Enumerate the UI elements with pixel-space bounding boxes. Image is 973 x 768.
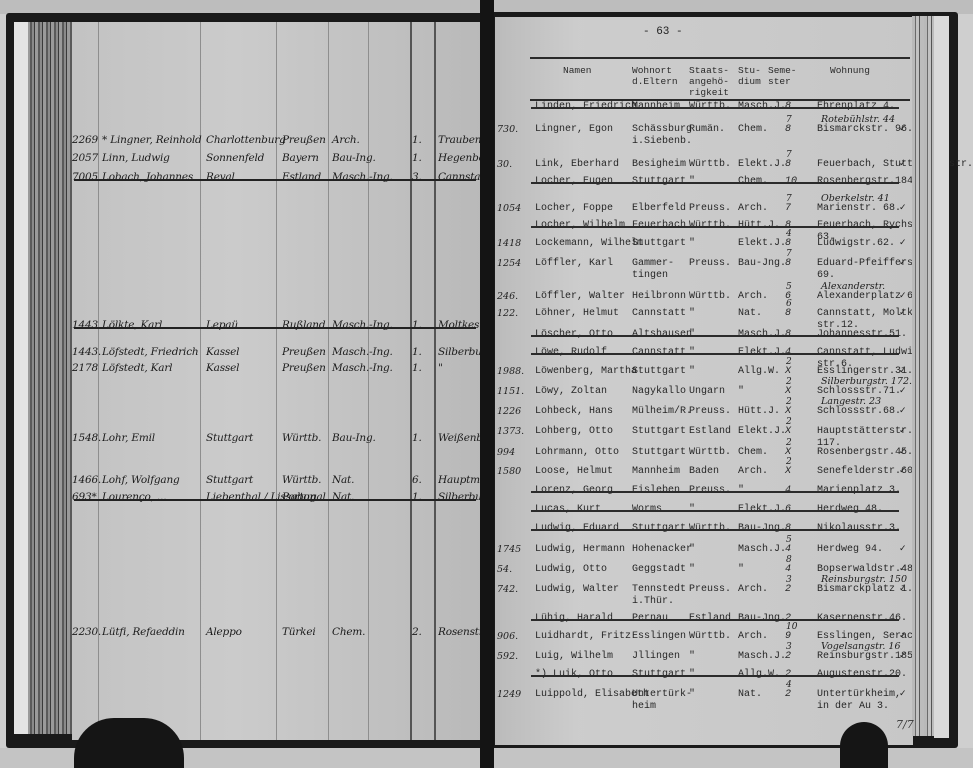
entry-address: Hegenbergstr. 119	[438, 152, 480, 164]
entry-sem: X	[785, 466, 791, 478]
entry-name: Lohbeck, Hans	[535, 406, 613, 418]
entry-no: 1548.	[72, 432, 101, 444]
entry-name: Lingner, Egon	[535, 124, 613, 136]
entry-origin: Untertürk- heim	[632, 689, 692, 713]
entry-state: "	[689, 329, 695, 341]
entry-semester-handwritten: 7	[786, 249, 792, 259]
register-entry-row: 1466.Lohf, WolfgangStuttgartWürttb.Nat.6…	[72, 474, 480, 490]
check-mark-icon: ✓	[899, 447, 907, 457]
entry-registration-number: 994	[497, 447, 515, 458]
entry-address: Ludwigstr.62.	[817, 238, 895, 250]
entry-origin: Feuerbach	[632, 220, 686, 232]
entry-origin: Kassel	[206, 346, 239, 358]
entry-field: Arch.	[738, 584, 768, 596]
entry-field: Chem.	[738, 447, 768, 459]
entry-semester-handwritten: 2	[786, 377, 792, 387]
check-mark-icon: ✓	[899, 631, 907, 641]
entry-semester-handwritten: 7	[786, 115, 792, 125]
entry-field: Chem.	[738, 176, 768, 188]
entry-name: Löfstedt, Karl	[102, 362, 172, 374]
entry-semester-handwritten: 5	[786, 282, 792, 292]
entry-no: 693*	[72, 491, 97, 503]
page-block-edge-left-blank	[14, 22, 28, 734]
entry-field: Bau-Jng.	[738, 523, 786, 535]
entry-origin: Gammer- tingen	[632, 258, 674, 282]
register-entry-row: 1548.Lohr, EmilStuttgartWürttb.Bau-Ing.1…	[72, 432, 480, 448]
register-entry-row: Lorenz, GeorgEislebenPreuss."4Marienplat…	[495, 485, 913, 499]
entry-state: "	[689, 504, 695, 516]
entry-semester-handwritten: 2	[786, 438, 792, 448]
register-entry-row: 742.Ludwig, WalterTennstedt i.Thür.Preus…	[495, 584, 913, 598]
register-entry-row: 2230.Lütfi, RefaeddinAleppoTürkeiChem.2.…	[72, 626, 480, 642]
register-entry-row: 1254Löffler, KarlGammer- tingenPreuss.Ba…	[495, 258, 913, 272]
entry-field: Hütt.J.	[738, 406, 780, 418]
entry-semester-handwritten: 2	[786, 357, 792, 367]
entry-semester-handwritten: 4	[786, 229, 792, 239]
entry-state: Württb.	[689, 220, 731, 232]
entry-field: Nat.	[738, 689, 762, 701]
register-entry-row: 994Lohrmann, OttoStuttgartWürttb.Chem.X2…	[495, 447, 913, 461]
entry-name: Locher, Foppe	[535, 203, 613, 215]
entry-registration-number: 742.	[497, 584, 518, 595]
entry-field: "	[738, 564, 744, 576]
entry-name: Locher, Wilhelm	[535, 220, 625, 232]
entry-state: "	[689, 564, 695, 576]
entry-sem: 8	[785, 523, 791, 535]
entry-state: Rußland	[282, 319, 325, 331]
entry-no: 1466.	[72, 474, 101, 486]
check-mark-icon: ✓	[899, 238, 907, 248]
entry-semester-handwritten: 2	[786, 417, 792, 427]
entry-name: Lourenço, ...	[102, 491, 166, 503]
entry-semester-handwritten: 5	[786, 535, 792, 545]
register-entry-row: 1373.Lohberg, OttoStuttgartEstlandElekt.…	[495, 426, 913, 440]
check-mark-icon: ✓	[899, 584, 907, 594]
entry-state: Preuss.	[689, 258, 731, 270]
entry-address: Hauptmannsreute 55	[438, 474, 480, 486]
entry-state: Württb.	[689, 523, 731, 535]
check-mark-icon: ✓	[899, 291, 907, 301]
column-header-parents-residence: Wohnort d.Eltern	[632, 65, 678, 87]
entry-name: *) Luik, Otto	[535, 669, 613, 681]
entry-field: Masch.J.	[738, 329, 786, 341]
entry-address: Schlossstr.68.	[817, 406, 901, 418]
entry-registration-number: 1254	[497, 258, 521, 269]
entry-state: Estland	[282, 171, 321, 183]
entry-registration-number: 906.	[497, 631, 518, 642]
entry-field: Elekt.J.	[738, 426, 786, 438]
entry-no: 2178	[72, 362, 98, 374]
page-block-edge-right	[912, 16, 934, 736]
entry-field: Elekt.J.	[738, 347, 786, 359]
entry-origin: Kassel	[206, 362, 239, 374]
entry-registration-number: 54.	[497, 564, 512, 575]
left-page: 2269* Lingner, ReinholdCharlottenburgPre…	[72, 22, 480, 740]
check-mark-icon: ✓	[899, 386, 907, 396]
entry-origin: Elberfeld	[632, 203, 686, 215]
entry-address-handwritten-correction: Vogelsangstr. 16	[821, 641, 901, 652]
check-mark-icon: ✓	[899, 203, 907, 213]
entry-address: Weißenburgstr. 4.	[438, 432, 480, 444]
entry-field: Bau-Ing.	[332, 432, 376, 444]
entry-origin: Reval	[206, 171, 235, 183]
entry-registration-number: 1226	[497, 406, 521, 417]
entry-state: "	[689, 651, 695, 663]
entry-address-handwritten-correction: Langestr. 23	[821, 396, 881, 407]
check-mark-icon: ✓	[899, 689, 907, 699]
entry-no: 1443.	[72, 346, 101, 358]
entry-name: Luidhardt, Fritz	[535, 631, 631, 643]
entry-no: 1443	[72, 319, 98, 331]
entry-registration-number: 1054	[497, 203, 521, 214]
entry-origin: Altshausen	[632, 329, 692, 341]
entry-name: Locher, Eugen	[535, 176, 613, 188]
entry-field: Arch.	[332, 134, 360, 146]
entry-state: "	[689, 366, 695, 378]
register-entry-row: 2178Löfstedt, KarlKasselPreußenMasch.-In…	[72, 362, 480, 378]
register-entry-row: 592.Luig, WilhelmJllingen"Masch.J.23Rein…	[495, 651, 913, 665]
entry-field: Arch.	[738, 466, 768, 478]
entry-field: Bau-Jng.	[738, 613, 786, 625]
entry-sem: 1.	[412, 346, 422, 358]
entry-name: Löhner, Helmut	[535, 308, 619, 320]
entry-sem: 4	[785, 485, 791, 497]
entry-registration-number: 1418	[497, 238, 521, 249]
register-entry-row: Locher, EugenStuttgart"Chem.10Rosenbergs…	[495, 176, 913, 190]
entry-field: Chem.	[332, 626, 365, 638]
entry-field: Masch.J.	[738, 651, 786, 663]
entry-origin: Esslingen	[632, 631, 686, 643]
entry-origin: Stuttgart	[206, 432, 253, 444]
check-mark-icon: ✓	[899, 544, 907, 554]
entry-state: Estland	[689, 613, 731, 625]
register-entry-row: 1226Lohbeck, HansMülheim/R.Preuss.Hütt.J…	[495, 406, 913, 420]
entry-state: Preuss.	[689, 203, 731, 215]
entry-registration-number: 1373.	[497, 426, 524, 437]
entry-address: Rosenbergstr.184.	[817, 176, 919, 188]
entry-semester-handwritten: 2	[786, 397, 792, 407]
entry-state: Württb.	[689, 631, 731, 643]
entry-origin: Mannheim	[632, 466, 680, 478]
book-spine	[480, 0, 494, 768]
entry-name: Löwenberg, Martha	[535, 366, 637, 378]
entry-sem: 1.	[412, 491, 422, 503]
entry-origin: Stuttgart	[632, 523, 686, 535]
entry-state: Ungarn	[689, 386, 725, 398]
register-entry-row: 1249Luippold, ElisabethUntertürk- heim"N…	[495, 689, 913, 703]
entry-registration-number: 122.	[497, 308, 518, 319]
entry-no: 2057	[72, 152, 98, 164]
column-header-residence: Wohnung	[830, 65, 870, 76]
check-mark-icon: ✓	[899, 124, 907, 134]
entry-origin: Mülheim/R.	[632, 406, 692, 418]
entry-origin: Charlottenburg	[206, 134, 286, 146]
entry-semester-handwritten: 6	[786, 299, 792, 309]
entry-sem: 6.	[412, 474, 422, 486]
entry-state: Türkei	[282, 626, 316, 638]
entry-state: "	[689, 669, 695, 681]
entry-state: Estland	[689, 426, 731, 438]
entry-origin: Sonnenfeld	[206, 152, 264, 164]
entry-field: Elekt.J.	[738, 504, 786, 516]
entry-field: Masch.-Ing.	[332, 362, 393, 374]
entry-name: Ludwig, Eduard	[535, 523, 619, 535]
entry-sem: 1.	[412, 432, 422, 444]
entry-origin: Cannstatt	[632, 347, 686, 359]
check-mark-icon: ✓	[899, 651, 907, 661]
check-mark-icon: ✓	[899, 564, 907, 574]
register-entry-row: 693*Lourenço, ...Liebenthal / LissabonPo…	[72, 491, 480, 507]
entry-field: Arch.	[738, 291, 768, 303]
register-entry-row: 122.Löhner, HelmutCannstatt"Nat.86Cannst…	[495, 308, 913, 322]
entry-state: Rumän.	[689, 124, 725, 136]
entry-registration-number: 730.	[497, 124, 518, 135]
entry-origin: Worms	[632, 504, 662, 516]
entry-name: Lühig, Harald	[535, 613, 613, 625]
check-mark-icon: ✓	[899, 406, 907, 416]
entry-semester-handwritten: 3	[786, 642, 792, 652]
entry-origin: Geggstadt	[632, 564, 686, 576]
entry-state: Württb.	[689, 101, 731, 113]
entry-state: "	[689, 238, 695, 250]
check-mark-icon: ✓	[899, 258, 907, 268]
right-page: - 63 - Namen Wohnort d.Eltern Staats- an…	[495, 17, 913, 745]
entry-origin: Tennstedt i.Thür.	[632, 584, 686, 608]
entry-name: Löscher, Otto	[535, 329, 613, 341]
entry-origin: Stuttgart	[632, 447, 686, 459]
entry-sem: 6	[785, 504, 791, 516]
entry-state: "	[689, 308, 695, 320]
entry-name: Lohr, Emil	[102, 432, 155, 444]
entry-origin: Stuttgart	[632, 176, 686, 188]
entry-address: Johannesstr.51.	[817, 329, 907, 341]
entry-field: Bau-Jng.	[738, 258, 786, 270]
entry-name: Lölkte, Karl	[102, 319, 162, 331]
entry-address: Moltkestr. 56.	[438, 319, 480, 331]
check-mark-icon: ✓	[899, 159, 907, 169]
register-entry-row: Locher, WilhelmFeuerbachWürttb.Hütt.J.8F…	[495, 220, 913, 234]
entry-name: Linden, Friedrich	[535, 101, 637, 113]
entry-field: Masch.J.	[738, 101, 786, 113]
page-number: - 63 -	[643, 26, 683, 38]
entry-field: Bau-Ing.	[332, 152, 376, 164]
entry-sem: 8	[785, 308, 791, 320]
entry-address: Augustenstr.20.	[817, 669, 907, 681]
entry-state: Preuss.	[689, 485, 731, 497]
entry-state: Preuss.	[689, 584, 731, 596]
entry-address-handwritten-correction: Alexanderstr.	[821, 281, 885, 292]
entry-address: Herdweg 94.	[817, 544, 883, 556]
entry-origin: Stuttgart	[632, 366, 686, 378]
entry-origin: Heilbronn	[632, 291, 686, 303]
entry-semester-handwritten: 7	[786, 150, 792, 160]
register-entry-row: 1443.Löfstedt, FriedrichKasselPreußenMas…	[72, 346, 480, 362]
entry-field: Nat.	[738, 308, 762, 320]
entry-field: Elekt.J.	[738, 159, 786, 171]
check-mark-icon: ✓	[899, 366, 907, 376]
column-header-study: Stu- dium	[738, 65, 761, 87]
entry-field: Arch.	[738, 631, 768, 643]
entry-address: Feuerbach, Stuttgarterstr. 47	[817, 159, 973, 171]
entry-name: Lohrmann, Otto	[535, 447, 619, 459]
entry-sem: 8	[785, 258, 791, 270]
entry-name: Löffler, Walter	[535, 291, 625, 303]
entry-field: Arch.	[738, 203, 768, 215]
entry-address: Traubenstr. 5.	[438, 134, 480, 146]
entry-origin: Cannstatt	[632, 308, 686, 320]
entry-state: "	[689, 544, 695, 556]
entry-semester-handwritten: 10	[786, 622, 797, 632]
entry-name: Lobach, Johannes	[102, 171, 193, 183]
page-block-edge-right-blank	[934, 16, 949, 738]
hand-holding-book-left	[74, 718, 184, 768]
entry-origin: Mannheim	[632, 101, 680, 113]
register-entry-row: 7005Lobach, JohannesRevalEstlandMasch.-I…	[72, 171, 480, 187]
entry-sem: X	[785, 426, 791, 438]
entry-sem: 8	[785, 329, 791, 341]
entry-address: Cannstatt, Schillerstr.	[438, 171, 480, 183]
entry-name: Loose, Helmut	[535, 466, 613, 478]
entry-field: "	[738, 386, 744, 398]
entry-semester-handwritten: 2	[786, 457, 792, 467]
register-entry-row: 30.Link, EberhardBesigheimWürttb.Elekt.J…	[495, 159, 913, 173]
entry-sem: 1.	[412, 319, 422, 331]
entry-field: "	[738, 485, 744, 497]
entry-registration-number: 1151.	[497, 386, 524, 397]
entry-name: Ludwig, Walter	[535, 584, 619, 596]
entry-field: Elekt.J.	[738, 238, 786, 250]
entry-state: Württb.	[689, 291, 731, 303]
entry-state: "	[689, 347, 695, 359]
entry-sem: 1.	[412, 134, 422, 146]
entry-field: Masch.-Ing.	[332, 319, 393, 331]
entry-name: Link, Eberhard	[535, 159, 619, 171]
entry-address-handwritten-correction: Rotebühlstr. 44	[821, 114, 895, 125]
entry-origin: Pernau	[632, 613, 668, 625]
entry-origin: Besigheim	[632, 159, 686, 171]
entry-state: Württb.	[282, 432, 321, 444]
entry-address-handwritten-correction: Oberkelstr. 41	[821, 193, 890, 204]
entry-state: Preußen	[282, 134, 326, 146]
entry-sem: 1.	[412, 362, 422, 374]
entry-no: 2269	[72, 134, 98, 146]
entry-origin: Eisleben	[632, 485, 680, 497]
register-entry-row: *) Luik, OttoStuttgart"Allg.W.2Augustens…	[495, 669, 913, 683]
entry-name: Lütfi, Refaeddin	[102, 626, 185, 638]
check-mark-icon: ✓	[899, 426, 907, 436]
entry-address: Marienplatz 3.	[817, 485, 901, 497]
register-entry-row: Linden, FriedrichMannheimWürttb.Masch.J.…	[495, 101, 913, 115]
entry-field: Masch.-Ing.	[332, 346, 393, 358]
register-entry-row: 1745Ludwig, HermannHohenacker"Masch.J.45…	[495, 544, 913, 558]
register-entry-row: 2057Linn, LudwigSonnenfeldBayernBau-Ing.…	[72, 152, 480, 168]
entry-origin: Stuttgart	[632, 238, 686, 250]
column-header-name: Namen	[563, 65, 592, 76]
entry-state: Württb.	[689, 447, 731, 459]
entry-field: Hütt.J.	[738, 220, 780, 232]
entry-address: Untertürkheim, in der Au 3.	[817, 689, 901, 713]
register-entry-row: 2269* Lingner, ReinholdCharlottenburgPre…	[72, 134, 480, 150]
entry-address-handwritten-correction: Reinsburgstr. 150	[821, 574, 907, 585]
entry-state: Preuss.	[689, 406, 731, 418]
entry-name: Linn, Ludwig	[102, 152, 170, 164]
entry-origin: Stuttgart	[206, 474, 253, 486]
entry-address: Rosenstr. 45.	[438, 626, 480, 638]
entry-field: Masch.-Ing.	[332, 171, 393, 183]
entry-field: Nat.	[332, 491, 354, 503]
column-header-semester: Seme- ster	[768, 65, 797, 87]
entry-origin: Stuttgart	[632, 669, 686, 681]
entry-sem: 1.	[412, 152, 422, 164]
entry-state: Württb.	[689, 159, 731, 171]
entry-field: Allg.W.	[738, 669, 780, 681]
entry-sem: 3.	[412, 171, 422, 183]
register-entry-row: 1418Lockemann, WilhelmStuttgart"Elekt.J.…	[495, 238, 913, 252]
entry-registration-number: 1580	[497, 466, 521, 477]
entry-field: Allg.W.	[738, 366, 780, 378]
register-entry-row: Lucas, KurtWorms"Elekt.J.6Herdweg 48.	[495, 504, 913, 518]
entry-name: Ludwig, Otto	[535, 564, 607, 576]
folio-pencil-note: 7/7	[896, 718, 914, 731]
entry-registration-number: 1988.	[497, 366, 524, 377]
entry-state: Württb.	[282, 474, 321, 486]
entry-origin: Hohenacker	[632, 544, 692, 556]
register-entry-row: 246.Löffler, WalterHeilbronnWürttb.Arch.…	[495, 291, 913, 305]
entry-address: Silberburgstr. 136 I	[438, 346, 480, 358]
entry-origin: Stuttgart	[632, 426, 686, 438]
entry-address: Silberburgstr. 136	[438, 491, 480, 503]
entry-address: "	[438, 362, 443, 374]
entry-name: Löfstedt, Friedrich	[102, 346, 198, 358]
entry-field: Chem.	[738, 124, 768, 136]
entry-sem: 2	[785, 689, 791, 701]
register-entry-row: 730.Lingner, EgonSchässburg i.Siebenb.Ru…	[495, 124, 913, 138]
register-entry-row: Löscher, OttoAltshausen"Masch.J.8Johanne…	[495, 329, 913, 343]
entry-state: Portugal	[282, 491, 326, 503]
entry-state: Preußen	[282, 362, 326, 374]
register-entry-row: 1054Locher, FoppeElberfeldPreuss.Arch.77…	[495, 203, 913, 217]
entry-no: 7005	[72, 171, 98, 183]
entry-address: Marienstr. 68.	[817, 203, 901, 215]
entry-semester-handwritten: 4	[786, 680, 792, 690]
register-entry-row: Lühig, HaraldPernauEstlandBau-Jng.2Kaser…	[495, 613, 913, 627]
entry-state: "	[689, 689, 695, 701]
header-rule-top	[530, 57, 910, 59]
entry-registration-number: 246.	[497, 291, 518, 302]
entry-sem: 2	[785, 651, 791, 663]
entry-name: Lohberg, Otto	[535, 426, 613, 438]
entry-sem: 2	[785, 584, 791, 596]
check-mark-icon: ✓	[899, 466, 907, 476]
register-entry-row: 1443Lölkte, KarlLepaüRußlandMasch.-Ing.1…	[72, 319, 480, 335]
entry-name: Löffler, Karl	[535, 258, 613, 270]
entry-registration-number: 1249	[497, 689, 521, 700]
entry-state: Preußen	[282, 346, 326, 358]
entry-registration-number: 592.	[497, 651, 518, 662]
entry-semester-handwritten: 3	[786, 575, 792, 585]
entry-state: Bayern	[282, 152, 319, 164]
entry-name: Lucas, Kurt	[535, 504, 601, 516]
entry-name: Luig, Wilhelm	[535, 651, 613, 663]
entry-semester-handwritten: 8	[786, 555, 792, 565]
entry-name: Lockemann, Wilhelm	[535, 238, 643, 250]
entry-address: Herdweg 48.	[817, 504, 883, 516]
hand-holding-book-right	[840, 722, 888, 768]
entry-name: Lorenz, Georg	[535, 485, 613, 497]
entry-address: Kasernenstr.46.	[817, 613, 907, 625]
entry-sem: 8	[785, 159, 791, 171]
entry-field: Masch.J.	[738, 544, 786, 556]
